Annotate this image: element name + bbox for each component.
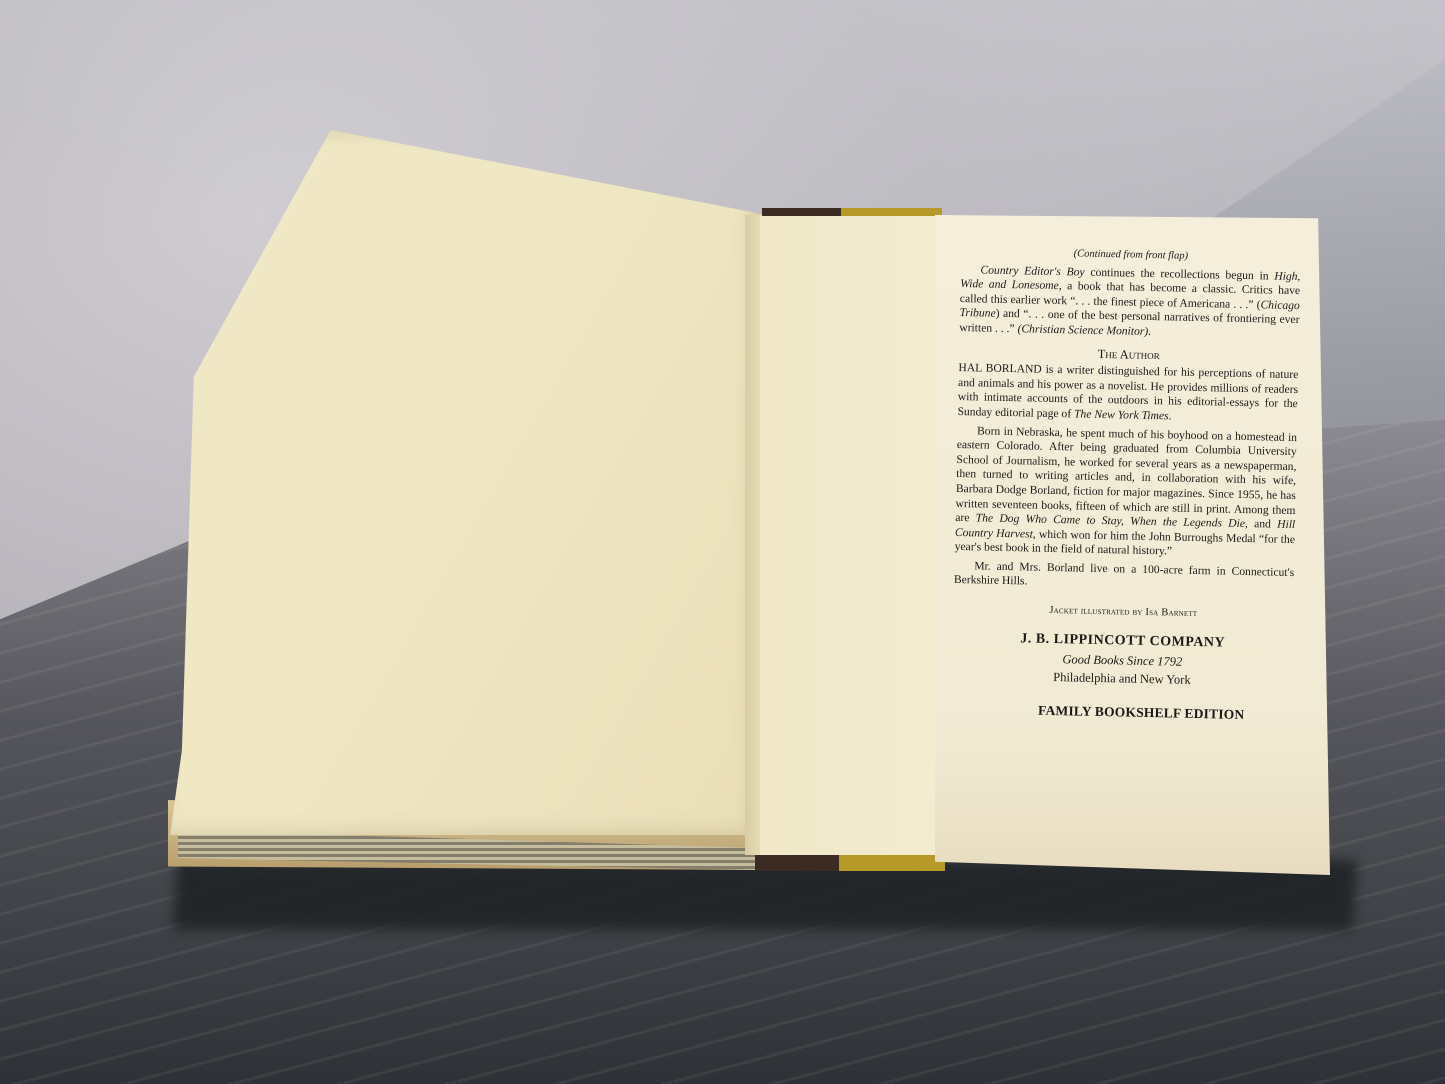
spine-brown-stripe-bottom [755, 855, 839, 871]
spine-yellow-stripe [841, 208, 942, 216]
quote-source-2: (Christian Science Monitor) [1017, 322, 1148, 338]
right-endpaper-page [760, 215, 951, 855]
intro-paragraph: Country Editor's Boy continues the recol… [959, 263, 1300, 343]
spine-top-band [762, 208, 942, 216]
spine-brown-stripe [762, 208, 841, 216]
publisher-cities: Philadelphia and New York [952, 668, 1292, 690]
bio-2-text: Born in Nebraska, he spent much of his b… [955, 424, 1297, 525]
flap-text-block: (Continued from front flap) Country Edit… [951, 245, 1301, 724]
author-bio-1: HAL BORLAND is a writer distinguished fo… [957, 361, 1298, 426]
intro-text-4: . [1148, 325, 1151, 338]
edition-label: FAMILY BOOKSHELF EDITION [951, 702, 1291, 724]
bio-2-and: and [1248, 517, 1278, 531]
author-bio-2: Born in Nebraska, he spent much of his b… [955, 423, 1298, 561]
publisher-name: J. B. LIPPINCOTT COMPANY [953, 631, 1293, 653]
book-title: Country Editor's Boy [980, 263, 1084, 278]
newspaper-title: The New York Times [1074, 407, 1169, 422]
illustrator-credit: Jacket illustrated by Isa Barnett [953, 602, 1293, 624]
spine-yellow-stripe-bottom [839, 855, 945, 871]
bio-1-end: . [1169, 409, 1172, 422]
spine-bottom-band [755, 855, 945, 871]
dust-jacket-back-flap: (Continued from front flap) Country Edit… [935, 215, 1330, 875]
author-bio-3: Mr. and Mrs. Borland live on a 100-acre … [954, 559, 1295, 595]
